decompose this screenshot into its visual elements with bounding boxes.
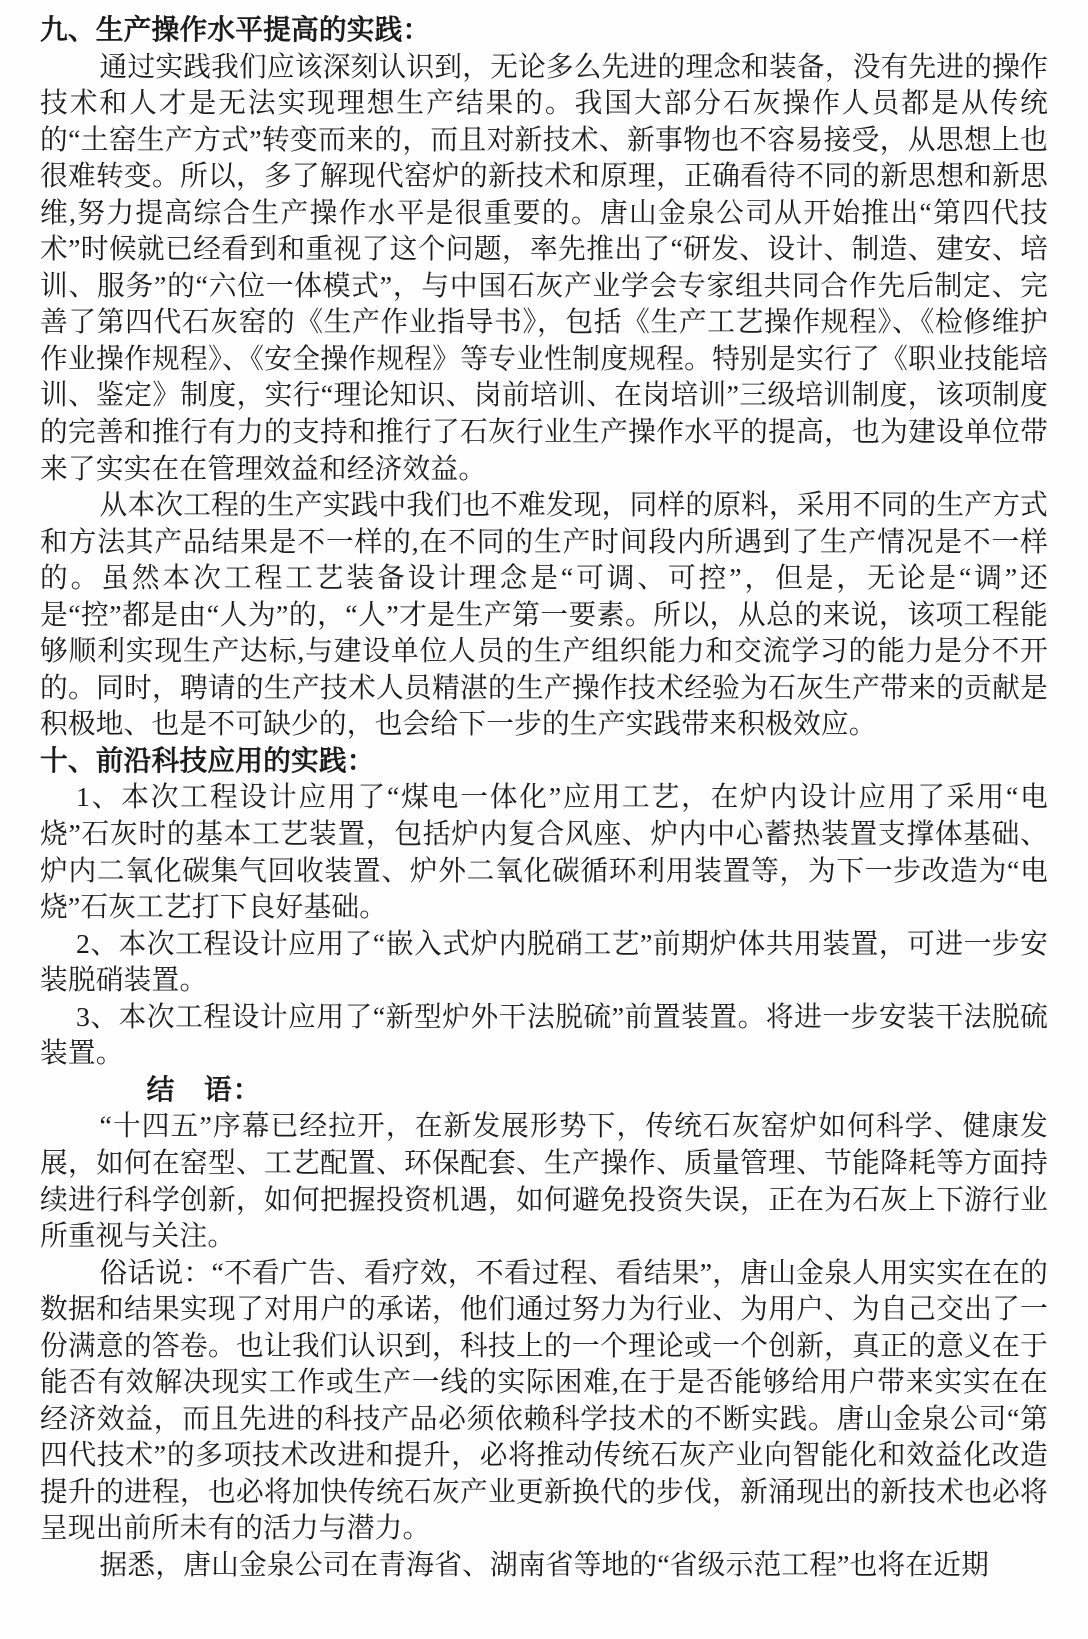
conclusion-paragraph-2: 俗话说：“不看广告、看疗效，不看过程、看结果”，唐山金泉人用实实在在的数据和结果… xyxy=(40,1255,1048,1547)
section-10-item-1: 1、本次工程设计应用了“煤电一体化”应用工艺，在炉内设计应用了采用“电烧”石灰时… xyxy=(40,779,1048,925)
section-10-heading: 十、前沿科技应用的实践： xyxy=(40,743,1048,780)
section-9-paragraph-2: 从本次工程的生产实践中我们也不难发现，同样的原料，采用不同的生产方式和方法其产品… xyxy=(40,487,1048,743)
conclusion-heading: 结 语： xyxy=(40,1072,1048,1109)
section-9-paragraph-1: 通过实践我们应该深刻认识到，无论多么先进的理念和装备，没有先进的操作技术和人才是… xyxy=(40,49,1048,488)
conclusion-paragraph-3: 据悉，唐山金泉公司在青海省、湖南省等地的“省级示范工程”也将在近期 xyxy=(40,1547,1048,1584)
section-9-heading: 九、生产操作水平提高的实践： xyxy=(40,12,1048,49)
conclusion-paragraph-1: “十四五”序幕已经拉开，在新发展形势下，传统石灰窑炉如何科学、健康发展，如何在窑… xyxy=(40,1108,1048,1254)
document-page: 九、生产操作水平提高的实践： 通过实践我们应该深刻认识到，无论多么先进的理念和装… xyxy=(0,0,1088,1639)
section-10-item-2: 2、本次工程设计应用了“嵌入式炉内脱硝工艺”前期炉体共用装置，可进一步安装脱硝装… xyxy=(40,926,1048,999)
section-10-item-3: 3、本次工程设计应用了“新型炉外干法脱硫”前置装置。将进一步安装干法脱硫装置。 xyxy=(40,999,1048,1072)
